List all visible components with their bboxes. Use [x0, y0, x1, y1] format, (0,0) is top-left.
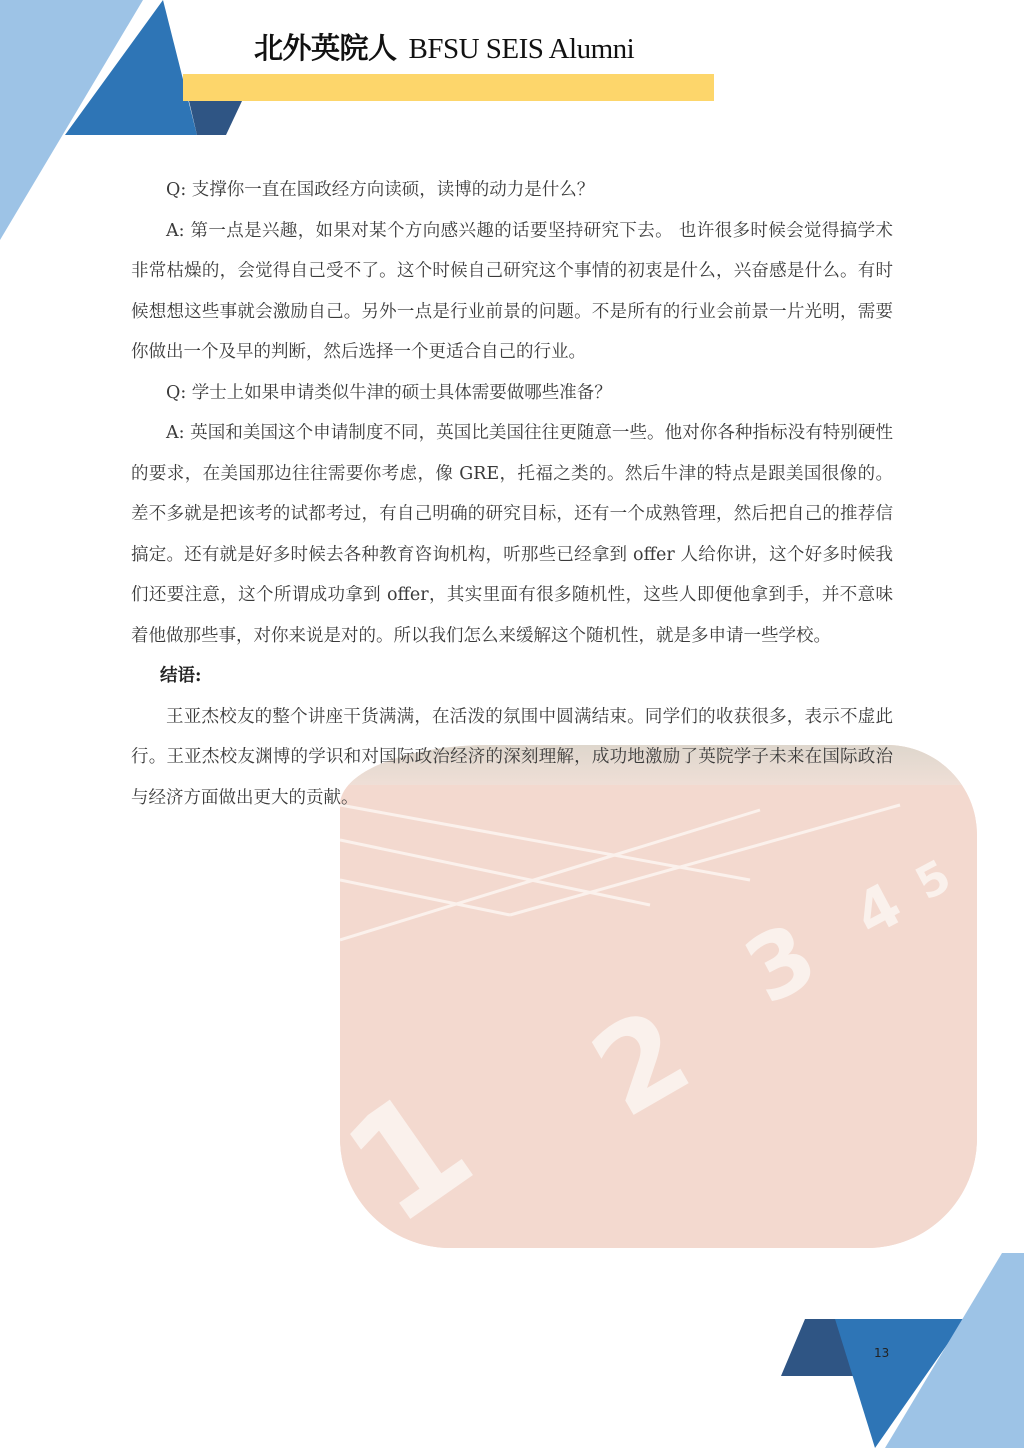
- conclusion-paragraph: 王亚杰校友的整个讲座干货满满，在活泼的氛围中圆满结束。同学们的收获很多，表示不虚…: [131, 697, 893, 819]
- header-title-en: BFSU SEIS Alumni: [409, 33, 635, 65]
- answer-2: A: 英国和美国这个申请制度不同，英国比美国往往更随意一些。他对你各种指标没有特…: [131, 413, 893, 656]
- question-2: Q: 学士上如果申请类似牛津的硕士具体需要做哪些准备？: [131, 373, 893, 414]
- page-number: 13: [874, 1346, 889, 1360]
- header-yellow-bar: [183, 74, 714, 101]
- dark-blue-parallelogram: [189, 101, 242, 135]
- header-title-cn: 北外英院人: [254, 33, 397, 65]
- question-1: Q: 支撑你一直在国政经方向读硕，读博的动力是什么？: [131, 170, 893, 211]
- running-track-photo: 1 2 3 4 5: [340, 745, 977, 1248]
- footer-decoration: [760, 1240, 1024, 1448]
- conclusion-heading: 结语:: [125, 656, 893, 697]
- page-header-title: 北外英院人BFSU SEIS Alumni: [254, 26, 634, 67]
- article-body: Q: 支撑你一直在国政经方向读硕，读博的动力是什么？ A: 第一点是兴趣，如果对…: [131, 170, 893, 818]
- answer-1: A: 第一点是兴趣，如果对某个方向感兴趣的话要坚持研究下去。 也许很多时候会觉得…: [131, 211, 893, 373]
